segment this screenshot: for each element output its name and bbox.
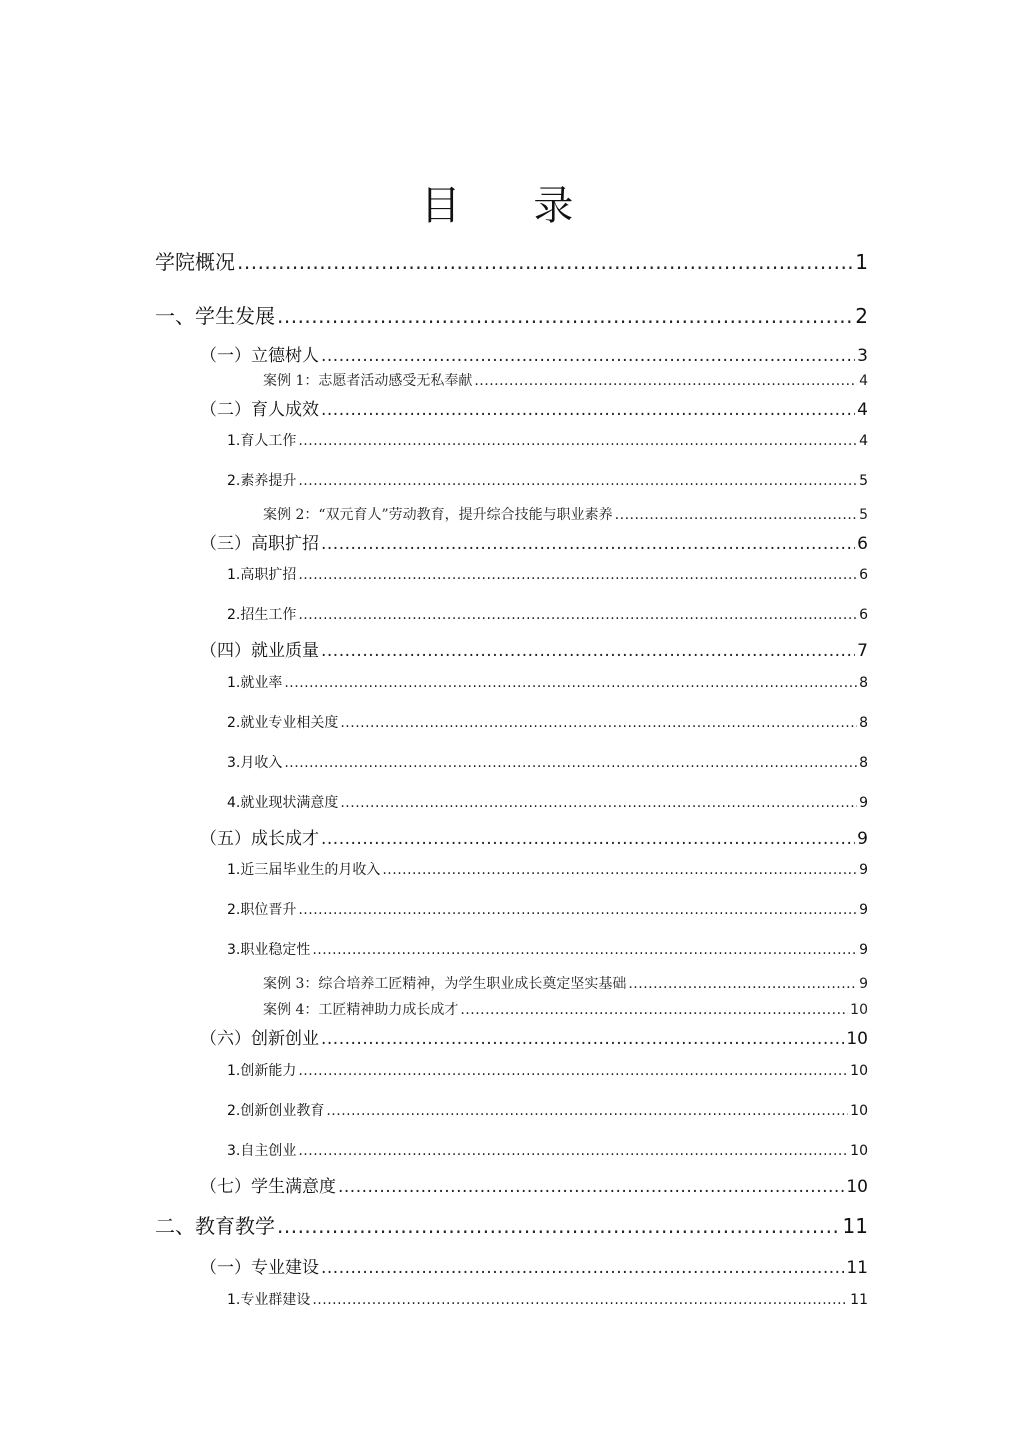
toc-entry-page: 9 xyxy=(857,829,868,849)
toc-entry[interactable]: 1.创新能力10 xyxy=(227,1060,868,1080)
toc-entry-label: 3.自主创业 xyxy=(227,1140,296,1160)
toc-entry-label: 4.就业现状满意度 xyxy=(227,792,338,812)
toc-entry-page: 3 xyxy=(857,346,868,366)
dot-leader xyxy=(628,976,857,992)
toc-entry-label: 案例 4：工匠精神助力成长成才 xyxy=(263,999,458,1019)
dot-leader xyxy=(340,795,857,811)
toc-entry[interactable]: （五）成长成才9 xyxy=(200,824,868,849)
toc-entry[interactable]: 1.育人工作4 xyxy=(227,430,868,450)
toc-entry-label: 1.高职扩招 xyxy=(227,564,296,584)
dot-leader xyxy=(284,755,857,771)
dot-leader xyxy=(338,1177,844,1197)
toc-entry[interactable]: 1.高职扩招6 xyxy=(227,564,868,584)
toc-entry-label: 二、教育教学 xyxy=(155,1210,275,1239)
dot-leader xyxy=(321,829,855,849)
toc-entry[interactable]: （六）创新创业10 xyxy=(200,1024,868,1049)
dot-leader xyxy=(298,607,857,623)
toc-entry[interactable]: 3.自主创业10 xyxy=(227,1140,868,1160)
toc-entry-label: 2.职位晋升 xyxy=(227,899,296,919)
toc-entry-page: 1 xyxy=(855,250,868,274)
dot-leader xyxy=(298,902,857,918)
toc-entry-label: （七）学生满意度 xyxy=(200,1172,336,1197)
toc-entry-page: 6 xyxy=(859,607,868,623)
toc-entry-label: （二）育人成效 xyxy=(200,395,319,420)
toc-entry[interactable]: 4.就业现状满意度9 xyxy=(227,792,868,812)
dot-leader xyxy=(340,715,857,731)
toc-entry[interactable]: 2.招生工作6 xyxy=(227,604,868,624)
dot-leader xyxy=(474,373,857,389)
dot-leader xyxy=(298,433,857,449)
toc-entry-label: 1.专业群建设 xyxy=(227,1289,310,1309)
toc-entry[interactable]: （七）学生满意度10 xyxy=(200,1172,868,1197)
toc-entry-label: 3.职业稳定性 xyxy=(227,939,310,959)
toc-entry[interactable]: 1.近三届毕业生的月收入9 xyxy=(227,859,868,879)
dot-leader xyxy=(277,304,853,328)
toc-entry-page: 5 xyxy=(859,507,868,523)
toc-entry-page: 6 xyxy=(859,567,868,583)
toc-entry[interactable]: 2.创新创业教育10 xyxy=(227,1100,868,1120)
toc-entry-label: 2.就业专业相关度 xyxy=(227,712,338,732)
toc-title: 目 录 xyxy=(0,178,1024,234)
dot-leader xyxy=(298,567,857,583)
toc-entry-page: 9 xyxy=(859,976,868,992)
toc-entry[interactable]: 3.月收入8 xyxy=(227,752,868,772)
dot-leader xyxy=(237,250,853,274)
dot-leader xyxy=(312,1292,848,1308)
toc-entry-page: 9 xyxy=(859,862,868,878)
toc-entry-label: 1.创新能力 xyxy=(227,1060,296,1080)
toc-entry-page: 10 xyxy=(850,1143,868,1159)
toc-entry-label: 2.招生工作 xyxy=(227,604,296,624)
dot-leader xyxy=(321,641,855,661)
toc-entry[interactable]: 2.职位晋升9 xyxy=(227,899,868,919)
toc-entry-page: 5 xyxy=(859,473,868,489)
toc-entry-page: 10 xyxy=(850,1103,868,1119)
toc-entry-page: 10 xyxy=(850,1002,868,1018)
toc-entry-page: 10 xyxy=(846,1177,868,1197)
dot-leader xyxy=(615,507,857,523)
toc-entry[interactable]: （一）专业建设11 xyxy=(200,1253,868,1278)
toc-entry-label: 一、学生发展 xyxy=(155,300,275,329)
dot-leader xyxy=(277,1214,841,1238)
toc-entry-label: （一）专业建设 xyxy=(200,1253,319,1278)
toc-entry-page: 4 xyxy=(859,373,868,389)
toc-entry[interactable]: 2.素养提升5 xyxy=(227,470,868,490)
toc-entry-page: 11 xyxy=(846,1258,868,1278)
toc-entry[interactable]: 2.就业专业相关度8 xyxy=(227,712,868,732)
dot-leader xyxy=(321,1029,844,1049)
dot-leader xyxy=(298,1063,848,1079)
toc-entry-label: 3.月收入 xyxy=(227,752,282,772)
toc-entry-page: 9 xyxy=(859,902,868,918)
dot-leader xyxy=(326,1103,848,1119)
dot-leader xyxy=(321,534,855,554)
dot-leader xyxy=(321,400,855,420)
dot-leader xyxy=(298,1143,848,1159)
toc-entry-label: 学院概况 xyxy=(155,246,235,275)
toc-entry[interactable]: 二、教育教学11 xyxy=(155,1210,868,1239)
toc-entry-label: 1.育人工作 xyxy=(227,430,296,450)
toc-entry[interactable]: 案例 4：工匠精神助力成长成才10 xyxy=(263,999,868,1019)
toc-entry[interactable]: 1.专业群建设11 xyxy=(227,1289,868,1309)
toc-entry-label: 1.就业率 xyxy=(227,672,282,692)
toc-entry[interactable]: 学院概况1 xyxy=(155,246,868,275)
toc-entry-page: 11 xyxy=(843,1214,868,1238)
toc-entry-label: （五）成长成才 xyxy=(200,824,319,849)
dot-leader xyxy=(298,473,857,489)
toc-entry-page: 9 xyxy=(859,942,868,958)
toc-entry[interactable]: 3.职业稳定性9 xyxy=(227,939,868,959)
dot-leader xyxy=(321,346,855,366)
toc-entry[interactable]: 一、学生发展2 xyxy=(155,300,868,329)
toc-entry-label: （三）高职扩招 xyxy=(200,529,319,554)
toc-entry[interactable]: （一）立德树人3 xyxy=(200,341,868,366)
toc-entry[interactable]: （二）育人成效4 xyxy=(200,395,868,420)
toc-entry-page: 10 xyxy=(846,1029,868,1049)
toc-entry-label: 1.近三届毕业生的月收入 xyxy=(227,859,380,879)
dot-leader xyxy=(284,675,857,691)
toc-entry[interactable]: 案例 1：志愿者活动感受无私奉献4 xyxy=(263,370,868,390)
toc-entry-label: （六）创新创业 xyxy=(200,1024,319,1049)
toc-entry-page: 11 xyxy=(850,1292,868,1308)
dot-leader xyxy=(321,1258,844,1278)
toc-entry[interactable]: （三）高职扩招6 xyxy=(200,529,868,554)
toc-entry-label: 2.素养提升 xyxy=(227,470,296,490)
toc-entry-page: 8 xyxy=(859,755,868,771)
toc-entry-page: 4 xyxy=(859,433,868,449)
toc-entry-page: 4 xyxy=(857,400,868,420)
toc-entry[interactable]: 1.就业率8 xyxy=(227,672,868,692)
toc-entry-label: 2.创新创业教育 xyxy=(227,1100,324,1120)
toc-entry-page: 8 xyxy=(859,675,868,691)
toc-entry-page: 6 xyxy=(857,534,868,554)
toc-entry-label: 案例 3：综合培养工匠精神，为学生职业成长奠定坚实基础 xyxy=(263,973,626,993)
toc-entry-label: （四）就业质量 xyxy=(200,636,319,661)
toc-entry-label: 案例 1：志愿者活动感受无私奉献 xyxy=(263,370,472,390)
toc-entry-page: 2 xyxy=(855,304,868,328)
toc-entry-page: 8 xyxy=(859,715,868,731)
dot-leader xyxy=(382,862,857,878)
toc-entry[interactable]: （四）就业质量7 xyxy=(200,636,868,661)
toc-entry-label: 案例 2：“双元育人”劳动教育，提升综合技能与职业素养 xyxy=(263,504,613,524)
toc-entry-label: （一）立德树人 xyxy=(200,341,319,366)
toc-entry-page: 9 xyxy=(859,795,868,811)
dot-leader xyxy=(312,942,857,958)
toc-entry-page: 7 xyxy=(857,641,868,661)
dot-leader xyxy=(460,1002,848,1018)
toc-entry-page: 10 xyxy=(850,1063,868,1079)
toc-entry[interactable]: 案例 2：“双元育人”劳动教育，提升综合技能与职业素养5 xyxy=(263,504,868,524)
toc-entry[interactable]: 案例 3：综合培养工匠精神，为学生职业成长奠定坚实基础9 xyxy=(263,973,868,993)
